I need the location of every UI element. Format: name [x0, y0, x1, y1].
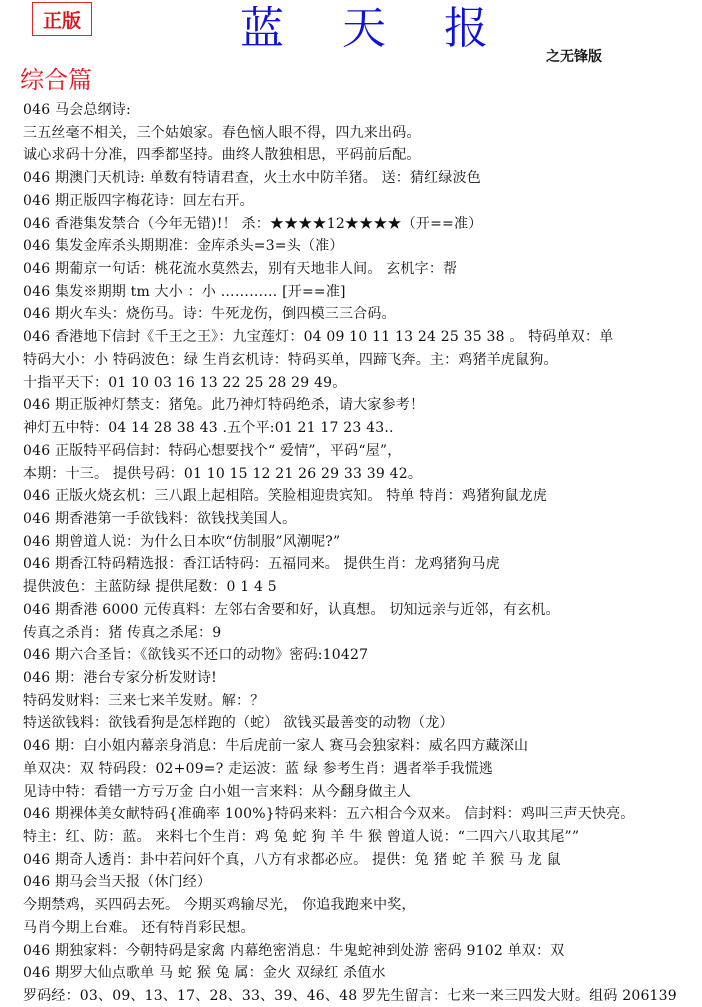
text-line: 046 期六合圣旨：《欲钱买不还口的动物》密码:10427: [23, 644, 693, 667]
text-line: 046 期澳门天机诗: 单数有特请君查，火土水中防羊猪。 送：猜红绿波色: [23, 167, 693, 190]
text-line: 046 期正版四字梅花诗：回左右开。: [23, 190, 693, 213]
text-line: 046 集发※期期 tm 大小 ：小 ………… [开==准]: [23, 281, 693, 304]
text-line: 传真之杀肖：猪 传真之杀尾：9: [23, 622, 693, 645]
text-line: 本期：十三。 提供号码：01 10 15 12 21 26 29 33 39 4…: [23, 463, 693, 486]
text-line: 提供波色：主蓝防绿 提供尾数：0 1 4 5: [23, 576, 693, 599]
text-line: 046 期罗大仙点歌单 马 蛇 猴 兔 属：金火 双绿红 杀值水: [23, 962, 693, 985]
text-line: 诚心求码十分准，四季都坚持。曲终人散独相思，平码前后配。: [23, 144, 693, 167]
section-heading: 综合篇: [20, 60, 92, 95]
article-body: 046 马会总纲诗: 三五丝毫不相关，三个姑娘家。春色恼人眼不得，四九来出码。 …: [23, 99, 693, 1007]
page-subtitle: 之无锋版: [546, 46, 602, 66]
text-line: 046 期：港台专家分析发财诗!: [23, 667, 693, 690]
text-line: 特码大小：小 特码波色：绿 生肖玄机诗：特码买单，四蹄飞奔。主：鸡猪羊虎鼠狗。: [23, 349, 693, 372]
badge-label: 正版: [43, 6, 81, 33]
text-line: 见诗中特：看错一方亏万金 白小姐一言来料：从今翻身做主人: [23, 781, 693, 804]
text-line: 046 期裸体美女献特码{准确率 100%}特码来料：五六相合今双来。 信封料：…: [23, 803, 693, 826]
text-line: 046 正版火烧玄机：三八跟上起相陪。笑脸相迎贵宾知。 特单 特肖：鸡猪狗鼠龙虎: [23, 485, 693, 508]
text-line: 046 马会总纲诗:: [23, 99, 693, 122]
text-line: 046 期香港第一手欲钱料：欲钱找美国人。: [23, 508, 693, 531]
edition-badge: 正版: [32, 2, 92, 36]
text-line: 046 期香江特码精选报：香江话特码：五福同来。 提供生肖：龙鸡猪狗马虎: [23, 553, 693, 576]
text-line: 三五丝毫不相关，三个姑娘家。春色恼人眼不得，四九来出码。: [23, 122, 693, 145]
text-line: 046 期正版神灯禁支：猪兔。此乃神灯特码绝杀，请大家参考！: [23, 394, 693, 417]
text-line: 046 期葡京一句话：桃花流水莫然去，别有天地非人间。 玄机字：帮: [23, 258, 693, 281]
text-line: 神灯五中特：04 14 28 38 43 .五个平:01 21 17 23 43…: [23, 417, 693, 440]
text-line: 特主：红、防：蓝。 来料七个生肖：鸡 兔 蛇 狗 羊 牛 猴 曾道人说：“二四六…: [23, 826, 693, 849]
text-line: 046 正版特平码信封：特码心想要找个“ 爱情”，平码“屋”，: [23, 440, 693, 463]
text-line: 特送欲钱料：欲钱看狗是怎样跑的（蛇） 欲钱买最善变的动物（龙）: [23, 712, 693, 735]
text-line: 今期禁鸡，买四码去死。 今期买鸡输尽光， 你追我跑来中奖，: [23, 894, 693, 917]
text-line: 特码发财料：三来七来羊发财。解：？: [23, 690, 693, 713]
text-line: 046 期香港 6000 元传真料：左邻右舍要和好，认真想。 切知远亲与近邻，有…: [23, 599, 693, 622]
text-line: 046 期曾道人说：为什么日本吹“仿制服”风潮呢?”: [23, 531, 693, 554]
text-line: 罗码经：03、09、13、17、28、33、39、46、48 罗先生留言：七来一…: [23, 985, 693, 1007]
text-line: 马肖今期上台难。 还有特肖彩民想。: [23, 917, 693, 940]
text-line: 046 香港地下信封《千王之王》：九宝莲灯：04 09 10 11 13 24 …: [23, 326, 693, 349]
text-line: 046 期：白小姐内幕亲身消息：牛后虎前一家人 赛马会独家料：威名四方藏深山: [23, 735, 693, 758]
page-title: 蓝 天 报: [240, 0, 510, 58]
text-line: 046 期独家料：今朝特码是家禽 内幕绝密消息：牛鬼蛇神到处游 密码 9102 …: [23, 940, 693, 963]
text-line: 046 期火车头：烧伤马。诗：牛死龙伤，倒四模三三合码。: [23, 303, 693, 326]
text-line: 046 期奇人透肖：卦中若问奸个真，八方有求都必应。 提供：兔 猪 蛇 羊 猴 …: [23, 849, 693, 872]
text-line: 046 期马会当天报（休门经）: [23, 871, 693, 894]
text-line: 046 集发金库杀头期期准：金库杀头=3=头（准）: [23, 235, 693, 258]
text-line: 十指平天下：01 10 03 16 13 22 25 28 29 49。: [23, 372, 693, 395]
text-line: 046 香港集发禁合（今年无错)!！ 杀：★★★★12★★★★（开==准）: [23, 213, 693, 236]
text-line: 单双决：双 特码段：02+09=? 走运波：蓝 绿 参考生肖：遇者举手我慌逃: [23, 758, 693, 781]
